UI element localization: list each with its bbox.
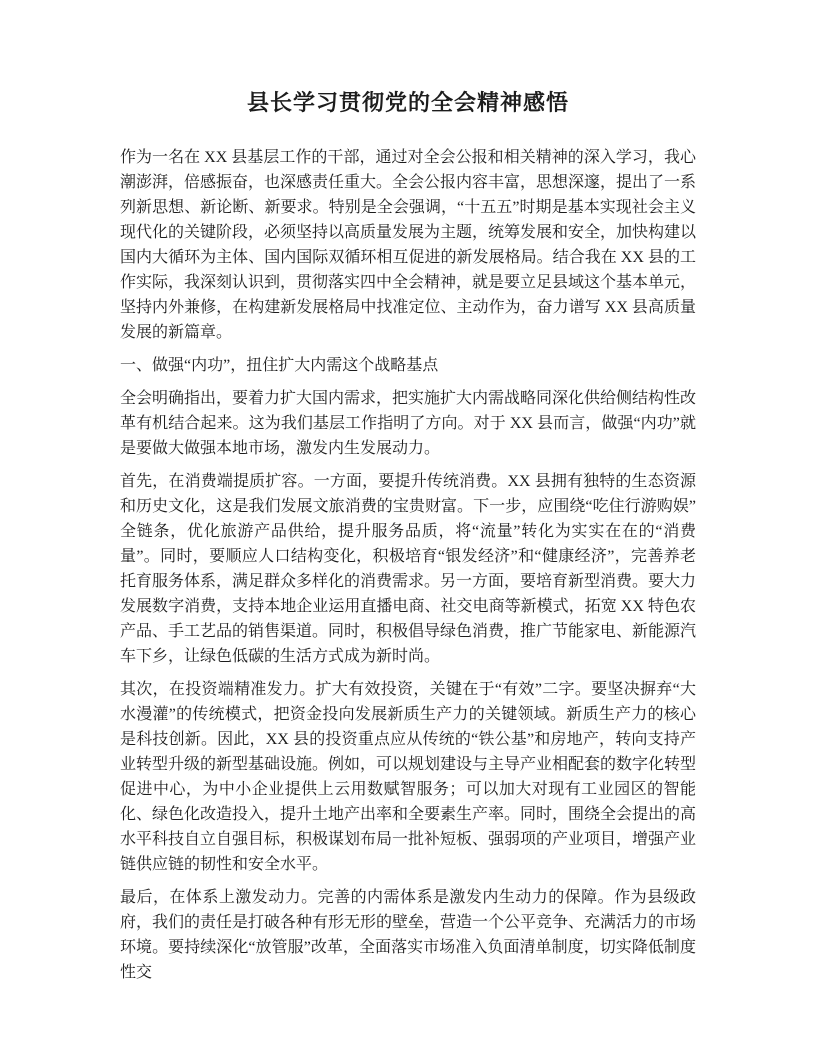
paragraph-consumption: 首先，在消费端提质扩容。一方面，要提升传统消费。XX 县拥有独特的生态资源和历史…	[120, 469, 696, 669]
document-page: 县长学习贯彻党的全会精神感悟 作为一名在 XX 县基层工作的干部，通过对全会公报…	[0, 0, 816, 1056]
paragraph-section-overview: 全会明确指出，要着力扩大国内需求，把实施扩大内需战略同深化供给侧结构性改革有机结…	[120, 386, 696, 461]
document-title: 县长学习贯彻党的全会精神感悟	[120, 88, 696, 118]
paragraph-investment: 其次，在投资端精准发力。扩大有效投资，关键在于“有效”二字。要坚决摒弃“大水漫灌…	[120, 677, 696, 877]
paragraph-system: 最后，在体系上激发动力。完善的内需体系是激发内生动力的保障。作为县级政府，我们的…	[120, 885, 696, 985]
paragraph-intro: 作为一名在 XX 县基层工作的干部，通过对全会公报和相关精神的深入学习，我心潮澎…	[120, 145, 696, 345]
section-heading-1: 一、做强“内功”，扭住扩大内需这个战略基点	[120, 353, 696, 378]
